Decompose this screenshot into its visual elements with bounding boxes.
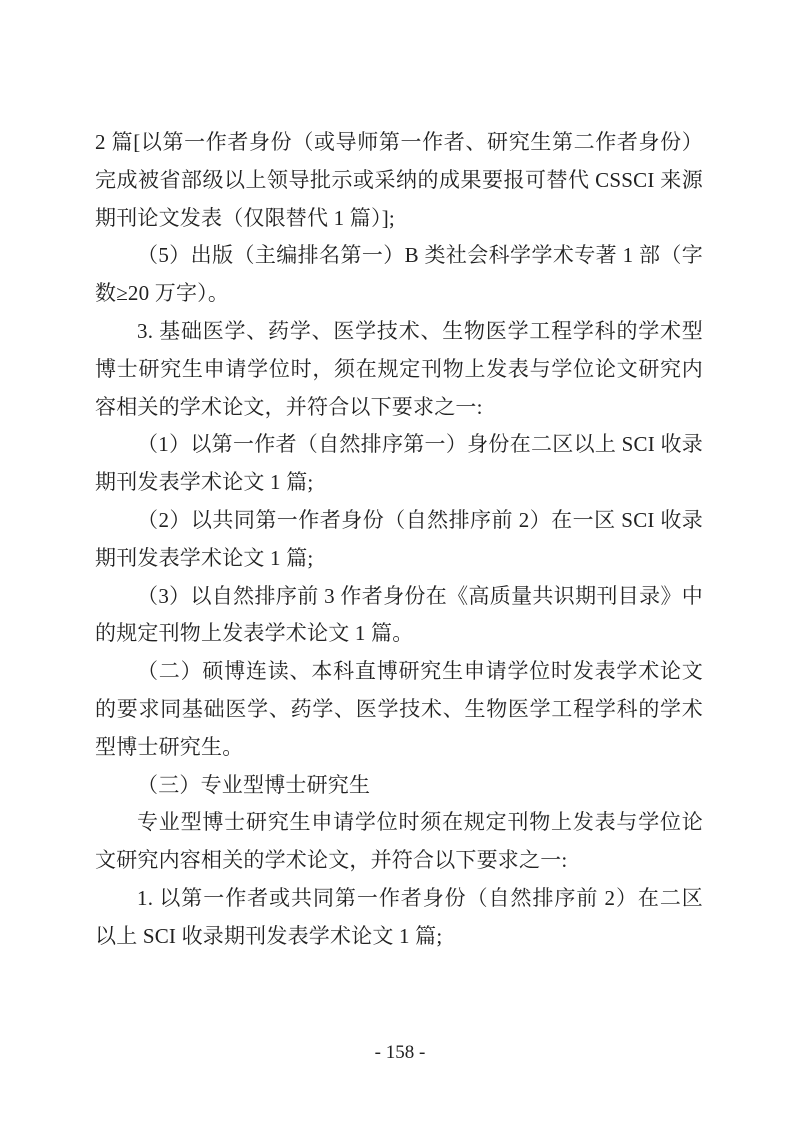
text-line: 博士研究生申请学位时，须在规定刊物上发表与学位论文研究内 [95, 351, 703, 389]
text-line: 期刊论文发表（仅限替代 1 篇）]; [95, 200, 703, 238]
text-line: （5）出版（主编排名第一）B 类社会科学学术专著 1 部（字 [95, 237, 703, 275]
text-line: 型博士研究生。 [95, 729, 703, 767]
text-line: 完成被省部级以上领导批示或采纳的成果要报可替代 CSSCI 来源 [95, 162, 703, 200]
text-line: 专业型博士研究生申请学位时须在规定刊物上发表与学位论 [95, 804, 703, 842]
text-line: 的规定刊物上发表学术论文 1 篇。 [95, 615, 703, 653]
text-line: （3）以自然排序前 3 作者身份在《高质量共识期刊目录》中 [95, 578, 703, 616]
text-line: （三）专业型博士研究生 [95, 767, 703, 805]
text-line: （1）以第一作者（自然排序第一）身份在二区以上 SCI 收录 [95, 426, 703, 464]
document-text-block: 2 篇[以第一作者身份（或导师第一作者、研究生第二作者身份）完成被省部级以上领导… [95, 124, 703, 956]
text-line: 期刊发表学术论文 1 篇; [95, 540, 703, 578]
text-line: （2）以共同第一作者身份（自然排序前 2）在一区 SCI 收录 [95, 502, 703, 540]
text-line: 3. 基础医学、药学、医学技术、生物医学工程学科的学术型 [95, 313, 703, 351]
page-number: - 158 - [0, 1040, 800, 1066]
text-line: （二）硕博连读、本科直博研究生申请学位时发表学术论文 [95, 653, 703, 691]
text-line: 期刊发表学术论文 1 篇; [95, 464, 703, 502]
text-line: 1. 以第一作者或共同第一作者身份（自然排序前 2）在二区 [95, 880, 703, 918]
text-line: 文研究内容相关的学术论文，并符合以下要求之一: [95, 842, 703, 880]
text-line: 2 篇[以第一作者身份（或导师第一作者、研究生第二作者身份） [95, 124, 703, 162]
text-line: 容相关的学术论文，并符合以下要求之一: [95, 389, 703, 427]
document-page: 2 篇[以第一作者身份（或导师第一作者、研究生第二作者身份）完成被省部级以上领导… [0, 0, 800, 1131]
text-line: 数≥20 万字）。 [95, 275, 703, 313]
text-line: 的要求同基础医学、药学、医学技术、生物医学工程学科的学术 [95, 691, 703, 729]
text-line: 以上 SCI 收录期刊发表学术论文 1 篇; [95, 918, 703, 956]
